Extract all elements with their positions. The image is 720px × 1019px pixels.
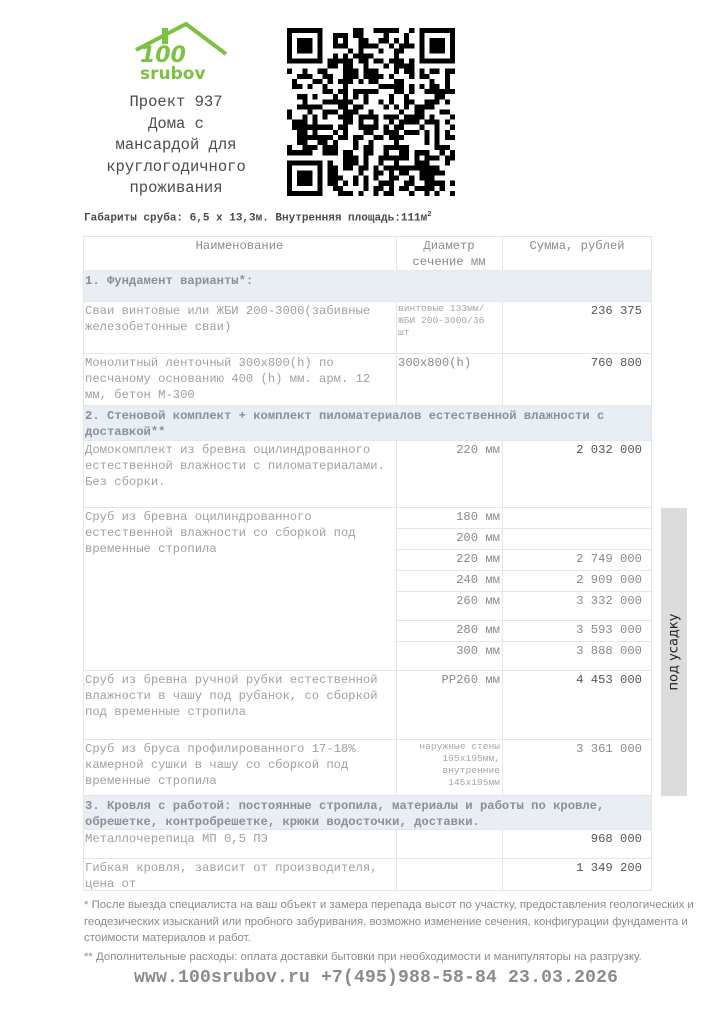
- row-divider: [396, 591, 652, 592]
- row-divider: [396, 549, 652, 550]
- company-logo: 100 srubov: [128, 18, 232, 82]
- kit-name: Домокомплект из бревна оцилиндрованного …: [83, 440, 396, 507]
- row-divider: [396, 528, 652, 529]
- cylindered-diameter: 260 мм: [396, 591, 502, 620]
- foundation-strip-name: Монолитный ленточный 300х800(h) по песча…: [83, 353, 396, 405]
- kit-diameter: 220 мм: [396, 440, 502, 507]
- cylindered-diameter: 240 мм: [396, 570, 502, 591]
- row-divider: [83, 890, 652, 891]
- foundation-piles-diameter: винтовые 133мм/ЖБИ 200-3000/36 шт: [396, 301, 502, 353]
- column-divider: [502, 829, 503, 890]
- row-divider: [396, 570, 652, 571]
- roof-soft-name: Гибкая кровля, зависит от производителя,…: [83, 858, 396, 890]
- row-divider: [396, 620, 652, 621]
- row-divider: [396, 641, 652, 642]
- column-divider: [502, 236, 503, 270]
- column-divider: [651, 440, 652, 795]
- roof-metal-sum: 968 000: [502, 829, 652, 858]
- cylindered-diameter: 300 мм: [396, 641, 502, 670]
- row-divider: [83, 858, 652, 859]
- header-name: Наименование: [83, 236, 396, 270]
- column-divider: [502, 440, 503, 795]
- foundation-strip-sum: 760 800: [502, 353, 652, 405]
- header-sum: Сумма, рублей: [502, 236, 652, 270]
- row-divider: [83, 236, 652, 237]
- dimensions-text: Габариты сруба: 6,5 x 13,3м. Внутренняя …: [84, 211, 431, 225]
- section-roof: 3. Кровля с работой: постоянные стропила…: [83, 795, 652, 829]
- row-divider: [83, 440, 652, 441]
- row-divider: [83, 301, 652, 302]
- cylindered-diameter: 180 мм: [396, 507, 502, 528]
- column-divider: [83, 795, 84, 829]
- handcut-sum: 4 453 000: [502, 670, 652, 739]
- cylindered-diameter: 200 мм: [396, 528, 502, 549]
- column-divider: [651, 405, 652, 440]
- column-divider: [83, 405, 84, 440]
- cylindered-sum: 2 749 000: [502, 549, 652, 570]
- cylindered-sum: 3 593 000: [502, 620, 652, 641]
- footnote-1: * После выезда специалиста на ваш объект…: [84, 897, 714, 947]
- section-foundation: 1. Фундамент варианты*:: [83, 270, 652, 301]
- row-divider: [83, 670, 652, 671]
- cylindered-diameter: 220 мм: [396, 549, 502, 570]
- column-divider: [83, 829, 84, 890]
- cylindered-sum: [502, 528, 652, 549]
- row-divider: [83, 270, 652, 271]
- column-divider: [396, 301, 397, 405]
- column-divider: [396, 829, 397, 890]
- price-table: Наименование Диаметр сечение мм Сумма, р…: [83, 236, 652, 890]
- kit-sum: 2 032 000: [502, 440, 652, 507]
- footnotes: * После выезда специалиста на ваш объект…: [84, 897, 714, 965]
- column-divider: [396, 440, 397, 795]
- row-divider: [83, 795, 652, 796]
- cylindered-sum: 3 888 000: [502, 641, 652, 670]
- beam-diameter: наружные стены 195х195мм, внутренние 145…: [396, 739, 502, 795]
- column-divider: [651, 301, 652, 405]
- cylindered-sum: 3 332 000: [502, 591, 652, 620]
- column-divider: [83, 440, 84, 795]
- beam-name: Сруб из бруса профилированного 17-18% ка…: [83, 739, 396, 795]
- column-divider: [651, 270, 652, 301]
- cylindered-sum: [502, 507, 652, 528]
- handcut-diameter: РР260 мм: [396, 670, 502, 739]
- row-divider: [83, 739, 652, 740]
- column-divider: [396, 236, 397, 270]
- qr-code-icon[interactable]: [287, 28, 455, 196]
- foundation-piles-sum: 236 375: [502, 301, 652, 353]
- column-divider: [651, 795, 652, 829]
- column-divider: [651, 236, 652, 270]
- foundation-piles-name: Сваи винтовые или ЖБИ 200-3000(забивные …: [83, 301, 396, 353]
- contact-footer: www.100srubov.ru +7(495)988-58-84 23.03.…: [134, 968, 618, 988]
- row-divider: [83, 507, 652, 508]
- cylindered-log-name: Сруб из бревна оцилиндрованного естестве…: [83, 507, 396, 670]
- foundation-strip-diameter: 300х800(h): [396, 353, 502, 405]
- column-divider: [651, 829, 652, 890]
- column-divider: [83, 301, 84, 405]
- column-divider: [502, 301, 503, 405]
- shrinkage-label: под усадку: [661, 508, 687, 796]
- beam-sum: 3 361 000: [502, 739, 652, 795]
- column-divider: [83, 236, 84, 270]
- svg-text:srubov: srubov: [140, 64, 206, 82]
- cylindered-diameter: 280 мм: [396, 620, 502, 641]
- footnote-2: ** Дополнительные расходы: оплата достав…: [84, 949, 714, 966]
- roof-metal-name: Металлочерепица МП 0,5 ПЭ: [83, 829, 396, 858]
- row-divider: [83, 829, 652, 830]
- house-logo-icon: 100 srubov: [128, 18, 232, 82]
- roof-soft-sum: 1 349 200: [502, 858, 652, 890]
- project-title: Проект 937 Дома с мансардой для круглого…: [86, 92, 266, 200]
- header-diameter: Диаметр сечение мм: [396, 236, 502, 270]
- cylindered-sum: 2 909 000: [502, 570, 652, 591]
- section-walls: 2. Стеновой комплект + комплект пиломате…: [83, 405, 652, 440]
- row-divider: [83, 405, 652, 406]
- column-divider: [83, 270, 84, 301]
- row-divider: [83, 353, 652, 354]
- handcut-name: Сруб из бревна ручной рубки естественной…: [83, 670, 396, 739]
